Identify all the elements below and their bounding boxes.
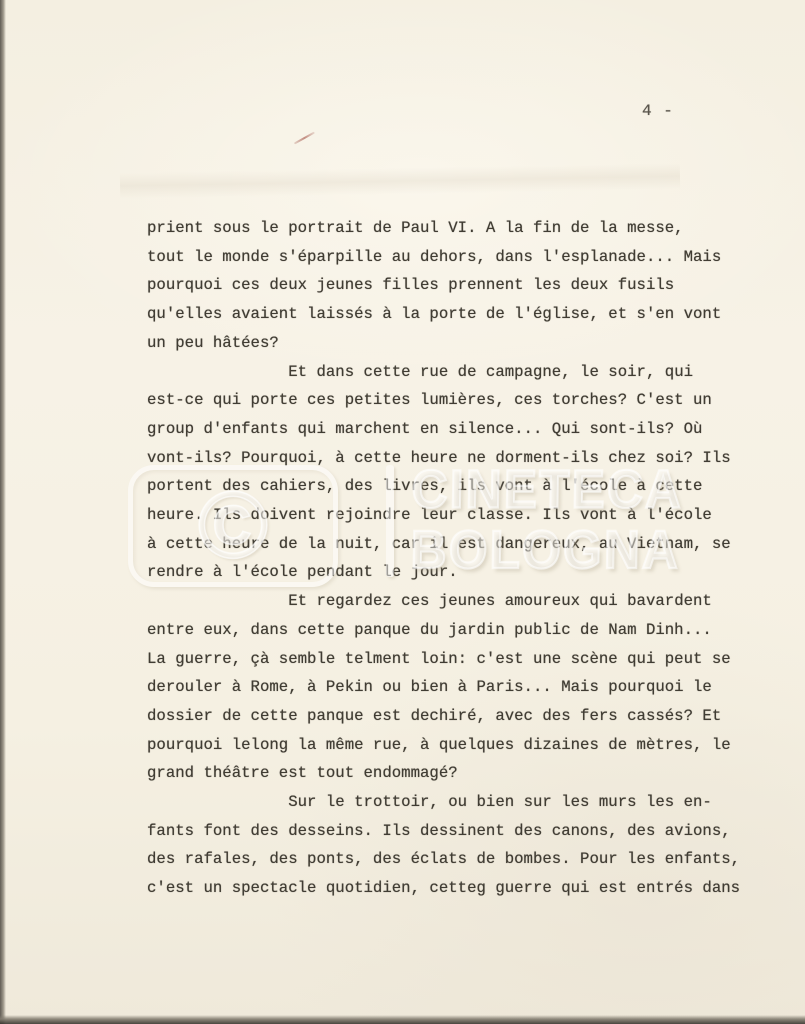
paper-crease bbox=[120, 163, 680, 199]
scan-edge-bottom bbox=[0, 1015, 805, 1024]
scan-edge-left bbox=[0, 0, 6, 1024]
red-pen-mark bbox=[294, 132, 315, 145]
page-number: 4 - bbox=[642, 102, 674, 120]
typewritten-body-text: prient sous le portrait de Paul VI. A la… bbox=[147, 214, 767, 903]
scanned-document-page: 4 - prient sous le portrait de Paul VI. … bbox=[0, 0, 805, 1024]
